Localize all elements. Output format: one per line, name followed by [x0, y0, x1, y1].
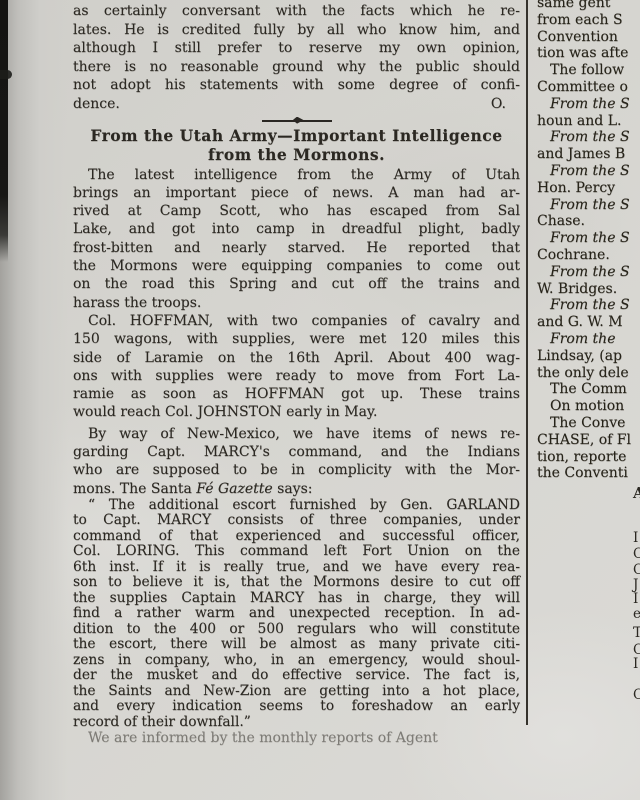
right-column-line: From the S — [537, 129, 640, 146]
right-column-line: from each S — [537, 12, 640, 29]
scan-edge-strip — [0, 0, 8, 262]
paragraph-4-last-line: record of their downfall.” — [73, 715, 520, 731]
cutoff-letter-fragment: C — [633, 562, 640, 578]
right-column-line: and G. W. M — [537, 314, 640, 331]
right-column-line: The follow — [537, 62, 640, 79]
paragraph-3-body: By way of New-Mexico, we have items of n… — [73, 425, 520, 480]
right-column-line: Lindsay, (ap — [537, 348, 640, 365]
faded-bottom-line: We are informed by the monthly reports o… — [73, 730, 520, 746]
newspaper-page: as certainly conversant with the facts w… — [0, 0, 640, 800]
right-column-line: W. Bridges. — [537, 281, 640, 298]
cutoff-letter-fragment: T — [633, 625, 640, 641]
right-column-line: Cochrane. — [537, 247, 640, 264]
right-column-line: From the S — [537, 96, 640, 113]
cutoff-letter-fragment: C — [633, 687, 640, 703]
right-column-line: same gent — [537, 0, 640, 12]
cutoff-letter-fragment: C — [633, 546, 640, 562]
paragraph-2-body: Col. HOFFMAN, with two companies of cava… — [73, 312, 520, 403]
right-column-line: the only dele — [537, 365, 640, 382]
cutoff-letter-fragment: I — [633, 591, 638, 607]
right-column-line: From the S — [537, 230, 640, 247]
article-headline: From the Utah Army—Important Intelligenc… — [73, 126, 520, 164]
cutoff-letter-fragment: e — [633, 606, 640, 622]
cutoff-letter-fragment: I — [633, 530, 638, 546]
scan-edge-notch — [0, 70, 12, 79]
paragraph-3-last-line: mons. The Santa Fé Gazette says: — [73, 480, 520, 498]
right-column-line: The Conve — [537, 415, 640, 432]
headline-line-1: From the Utah Army—Important Intelligenc… — [73, 126, 520, 145]
right-column-line: Convention — [537, 29, 640, 46]
paragraph-4-quote: “ The additional escort furnished by Gen… — [73, 498, 520, 731]
paragraph-2: Col. HOFFMAN, with two companies of cava… — [73, 312, 520, 422]
right-column-line: tion, reporte — [537, 449, 640, 466]
section-divider-ornament-icon — [262, 117, 332, 124]
cutoff-letter-fragment: A — [633, 484, 640, 502]
right-column-line: Chase. — [537, 213, 640, 230]
signature-initial: O. — [491, 95, 506, 114]
opening-paragraph: as certainly conversant with the facts w… — [73, 2, 520, 114]
headline-line-2: from the Mormons. — [73, 145, 520, 164]
right-column-line: tion was afte — [537, 45, 640, 62]
paragraph-2-last-line: would reach Col. JOHNSTON early in May. — [73, 403, 520, 421]
paragraph-4-body: “ The additional escort furnished by Gen… — [73, 498, 520, 715]
right-column-line: From the S — [537, 264, 640, 281]
right-column-line: and James B — [537, 146, 640, 163]
last-line-pre: mons. The Santa — [73, 481, 196, 497]
right-column-line: The Comm — [537, 381, 640, 398]
right-column-line: From the S — [537, 297, 640, 314]
right-column: same gentfrom each SConventiontion was a… — [537, 0, 640, 482]
right-column-line: From the S — [537, 163, 640, 180]
left-column: as certainly conversant with the facts w… — [73, 2, 520, 746]
divider-arrow-icon — [293, 117, 304, 124]
right-column-line: Hon. Percy — [537, 180, 640, 197]
gazette-name: Fé Gazette — [196, 481, 272, 497]
right-column-line: From the — [537, 331, 640, 348]
opening-paragraph-last: dence. — [73, 95, 120, 114]
opening-paragraph-body: as certainly conversant with the facts w… — [73, 2, 520, 95]
paragraph-1-last-line: harass the troops. — [73, 294, 520, 312]
right-column-line: the Conventi — [537, 465, 640, 482]
column-divider-rule — [526, 0, 528, 725]
paragraph-1-body: The latest intelligence from the Army of… — [73, 166, 520, 294]
right-column-line: houn and L. — [537, 113, 640, 130]
right-column-line: On motion — [537, 398, 640, 415]
last-line-post: says: — [273, 481, 313, 497]
right-column-line: From the S — [537, 197, 640, 214]
paragraph-3: By way of New-Mexico, we have items of n… — [73, 425, 520, 498]
right-column-line: CHASE, of Fl — [537, 432, 640, 449]
page-gutter-shadow — [0, 0, 70, 800]
right-column-line: Committee o — [537, 79, 640, 96]
cutoff-column-fragments: AICCJIeTCIC — [633, 0, 640, 800]
cutoff-letter-fragment: I — [633, 656, 638, 672]
paragraph-1: The latest intelligence from the Army of… — [73, 166, 520, 312]
signature-line: dence. O. — [73, 95, 520, 114]
